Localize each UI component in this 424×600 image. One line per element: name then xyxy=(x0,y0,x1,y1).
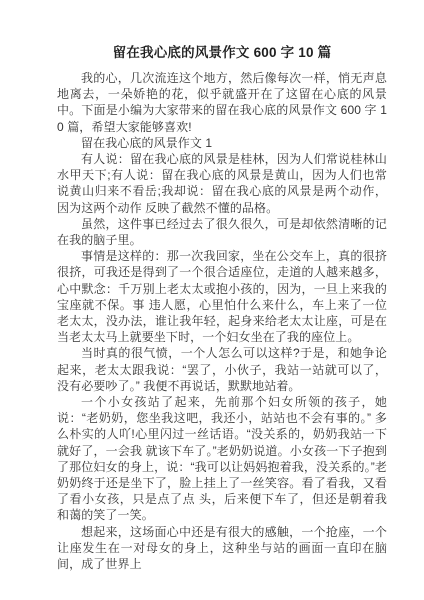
paragraph: 当时真的很气愤，一个人怎么可以这样?于是，和她争论起来，老太太跟我说：“罢了，小… xyxy=(57,345,387,394)
document-page: 留在我心底的风景作文 600 字 10 篇 我的心，几次流连这个地方，然后像每次… xyxy=(57,44,387,572)
paragraph: 事情是这样的：那一次我回家，坐在公交车上，真的很挤很挤，可我还是得到了一个很合适… xyxy=(57,248,387,345)
document-title: 留在我心底的风景作文 600 字 10 篇 xyxy=(57,44,387,62)
paragraph-last: 想起来，这场面心中还是有很大的感触，一个抢座，一个让座发生在一对母女的身上，这种… xyxy=(57,524,387,573)
paragraph: 一个小女孩站了起来，先前那个妇女所领的孩子，她说：“老奶奶，您坐我这吧，我还小，… xyxy=(57,394,387,524)
paragraph: 虽然，这件事已经过去了很久很久，可是却依然清晰的记在我的脑子里。 xyxy=(57,216,387,248)
paragraph: 有人说：留在我心底的风景是桂林，因为人们常说桂林山水甲天下;有人说：留在我心底的… xyxy=(57,151,387,216)
section-heading: 留在我心底的风景作文 1 xyxy=(57,135,387,151)
paragraph-intro: 我的心，几次流连这个地方，然后像每次一样，悄无声息地离去，一朵娇艳的花，似乎就盛… xyxy=(57,70,387,135)
document-body: 我的心，几次流连这个地方，然后像每次一样，悄无声息地离去，一朵娇艳的花，似乎就盛… xyxy=(57,70,387,572)
